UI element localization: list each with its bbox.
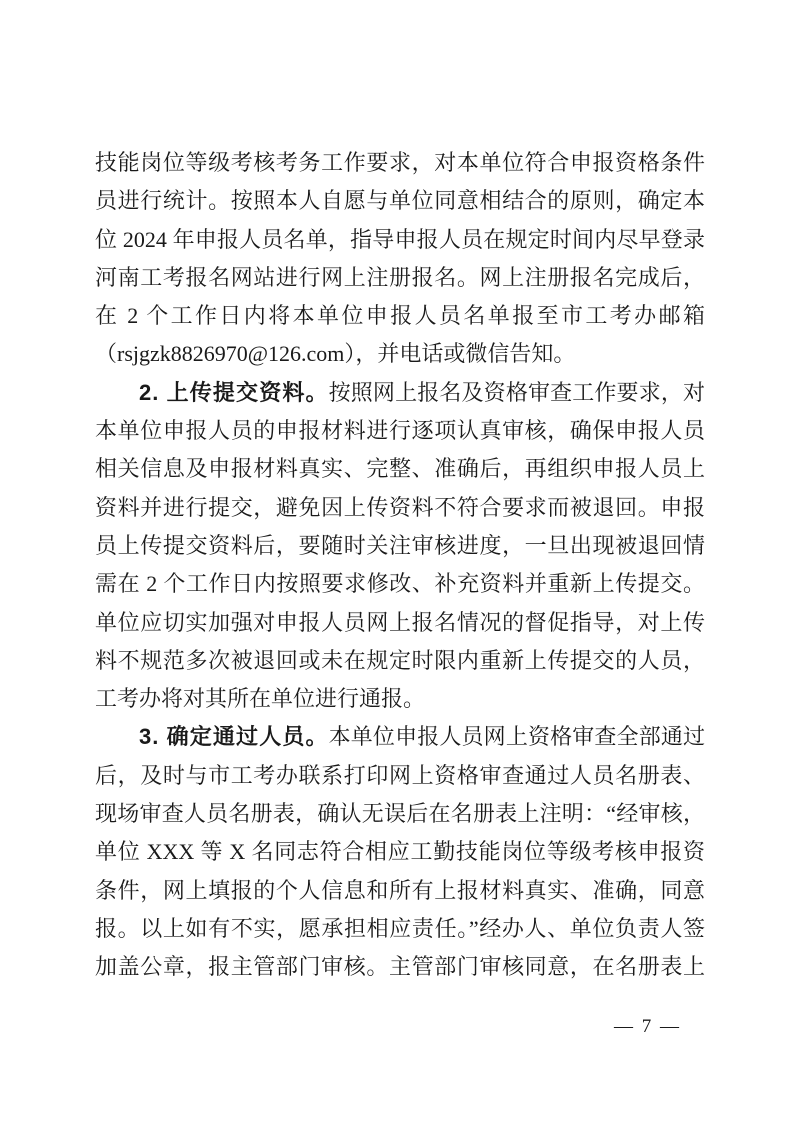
document-body: 技能岗位等级考核考务工作要求，对本单位符合申报资格条件人 员进行统计。按照本人自… — [95, 144, 705, 987]
paragraph-item-3: 3. 确定通过人员。本单位申报人员网上资格审查全部通过 后，及时与市工考办联系打… — [95, 718, 705, 986]
item-3-heading: 3. 确定通过人员。 — [139, 724, 329, 749]
paragraph-continued: 技能岗位等级考核考务工作要求，对本单位符合申报资格条件人 员进行统计。按照本人自… — [95, 144, 705, 374]
document-page: 技能岗位等级考核考务工作要求，对本单位符合申报资格条件人 员进行统计。按照本人自… — [0, 0, 793, 1122]
body-line: 单位应切实加强对申报人员网上报名情况的督促指导，对上传资 — [95, 604, 705, 642]
body-line: 报。以上如有不实，愿承担相应责任。”经办人、单位负责人签字， — [95, 910, 705, 948]
page-number: — 7 — — [614, 1014, 681, 1040]
paragraph-item-2: 2. 上传提交资料。按照网上报名及资格审查工作要求，对 本单位申报人员的申报材料… — [95, 374, 705, 719]
body-line: 资料并进行提交，避免因上传资料不符合要求而被退回。申报人 — [95, 489, 705, 527]
body-line: 需在 2 个工作日内按照要求修改、补充资料并重新上传提交。各 — [95, 565, 705, 603]
body-line: 位 2024 年申报人员名单，指导申报人员在规定时间内尽早登录 — [95, 221, 705, 259]
page-number-label: — 7 — — [614, 1016, 681, 1037]
body-line-text: 本单位申报人员网上资格审查全部通过 — [329, 724, 705, 749]
body-line: 相关信息及申报材料真实、完整、准确后，再组织申报人员上传 — [95, 450, 705, 488]
body-line: 料不规范多次被退回或未在规定时限内重新上传提交的人员，市 — [95, 642, 705, 680]
body-line-text: 按照网上报名及资格审查工作要求，对 — [329, 380, 705, 405]
body-line: 单位 XXX 等 X 名同志符合相应工勤技能岗位等级考核申报资格 — [95, 833, 705, 871]
body-line: （rsjgzk8826970@126.com），并电话或微信告知。 — [95, 335, 705, 373]
body-line: 技能岗位等级考核考务工作要求，对本单位符合申报资格条件人 — [95, 144, 705, 182]
body-line: 3. 确定通过人员。本单位申报人员网上资格审查全部通过 — [95, 718, 705, 756]
body-line: 员进行统计。按照本人自愿与单位同意相结合的原则，确定本单 — [95, 182, 705, 220]
body-line: 工考办将对其所在单位进行通报。 — [95, 680, 705, 718]
body-line: 在 2 个工作日内将本单位申报人员名单报至市工考办邮箱 — [95, 297, 705, 335]
body-line: 条件，网上填报的个人信息和所有上报材料真实、准确，同意申 — [95, 872, 705, 910]
body-line: 后，及时与市工考办联系打印网上资格审查通过人员名册表、需 — [95, 757, 705, 795]
body-line: 加盖公章，报主管部门审核。主管部门审核同意，在名册表上加 — [95, 948, 705, 986]
body-line: 河南工考报名网站进行网上注册报名。网上注册报名完成后，应 — [95, 259, 705, 297]
body-line: 员上传提交资料后，要随时关注审核进度，一旦出现被退回情况， — [95, 527, 705, 565]
body-line: 2. 上传提交资料。按照网上报名及资格审查工作要求，对 — [95, 374, 705, 412]
body-line: 本单位申报人员的申报材料进行逐项认真审核，确保申报人员的 — [95, 412, 705, 450]
item-2-heading: 2. 上传提交资料。 — [139, 380, 329, 405]
body-line: 现场审查人员名册表，确认无误后在名册表上注明：“经审核，我 — [95, 795, 705, 833]
